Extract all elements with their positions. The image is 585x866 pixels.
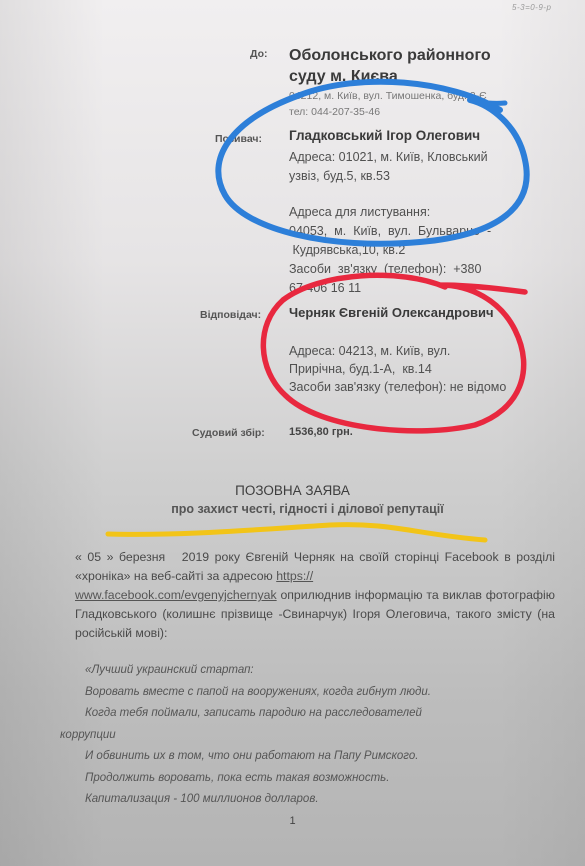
plaintiff-address: Адреса: 01021, м. Київ, Кловський узвіз,… [289,148,488,186]
facebook-link-part1[interactable]: https:// [276,569,313,583]
quote-line: Воровать вместе с папой на вооружениях, … [85,682,431,704]
paragraph-start: « 05 » березня 2019 року Євгеній Черняк … [75,550,558,583]
mail-line2: Кудрявська,10, кв.2 [289,241,491,260]
plaintiff-address-line2: узвіз, буд.5, кв.53 [289,167,488,186]
body-paragraph: « 05 » березня 2019 року Євгеній Черняк … [75,548,555,643]
facebook-link-part2[interactable]: www.facebook.com/evgenyjchernyak [75,588,277,602]
defendant-address-line2: Прирічна, буд.1-А, кв.14 [289,360,506,378]
quote-line: Когда тебя поймали, записать пародию на … [85,703,431,725]
court-fee-value: 1536,80 грн. [289,426,353,438]
defendant-phone: Засоби зав'язку (телефон): не відомо [289,378,506,396]
mail-line1: 04053, м. Київ, вул. Бульварно - [289,222,491,241]
plaintiff-name: Гладковський Ігор Олегович [289,128,480,143]
yellow-underline-mark [108,525,485,540]
defendant-address-line1: Адреса: 04213, м. Київ, вул. [289,342,506,360]
quote-line: И обвинить их в том, что они работают на… [85,746,431,768]
defendant-address: Адреса: 04213, м. Київ, вул. Прирічна, б… [289,342,506,396]
court-address: 04212, м. Київ, вул. Тимошенка, буд. 2-Є [289,88,487,104]
plaintiff-label: Позивач: [215,133,262,145]
plaintiff-phone-line2: 67 406 16 11 [289,279,491,298]
court-contacts: 04212, м. Київ, вул. Тимошенка, буд. 2-Є… [289,88,487,120]
page-number: 1 [0,815,585,827]
handwritten-corner-note: 5-3=0-9-р [512,3,551,12]
quoted-text: «Лучший украинский стартап:Воровать вмес… [85,660,431,811]
court-fee-label: Судовий збір: [192,427,265,439]
plaintiff-mailing-address: Адреса для листування: 04053, м. Київ, в… [289,203,491,298]
quote-line: Капитализация - 100 миллионов долларов. [85,789,431,811]
court-phone: тел: 044-207-35-46 [289,104,487,120]
plaintiff-phone-line1: Засоби зв'язку (телефон): +380 [289,260,491,279]
court-name-line2: суду м. Києва [289,66,491,87]
quote-line: «Лучший украинский стартап: [85,660,431,682]
to-label: До: [250,48,268,60]
plaintiff-address-line1: Адреса: 01021, м. Київ, Кловський [289,148,488,167]
document-subtitle: про захист честі, гідності і ділової реп… [0,502,585,516]
court-name-line1: Оболонського районного [289,45,491,66]
defendant-label: Відповідач: [200,309,261,321]
mail-label: Адреса для листування: [289,203,491,222]
quote-line: коррупции [60,725,431,747]
paragraph-text: « 05 » березня 2019 року Євгеній Черняк … [75,548,555,643]
defendant-name: Черняк Євгеній Олександрович [289,305,494,320]
court-name: Оболонського районного суду м. Києва [289,45,491,87]
document-title: ПОЗОВНА ЗАЯВА [0,483,585,498]
quote-line: Продолжить воровать, пока есть такая воз… [85,768,431,790]
